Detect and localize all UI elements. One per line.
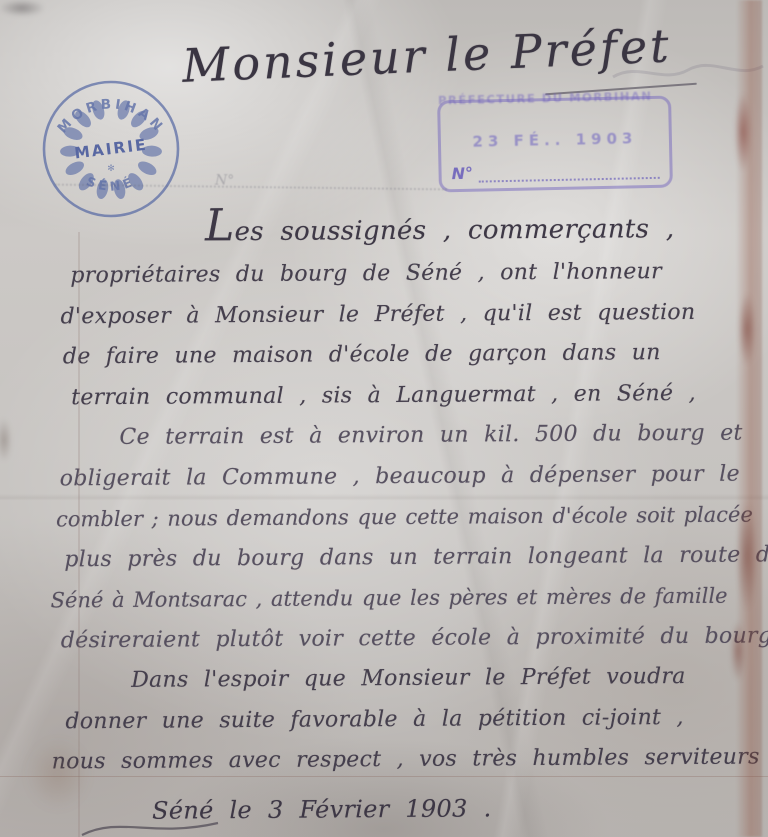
signature-flourish <box>78 816 228 837</box>
letter-line: d'exposer à Monsieur le Préfet , qu'il e… <box>60 292 746 337</box>
letter-line: Les soussignés , commerçants , <box>205 198 746 256</box>
prefecture-rect-stamp: PRÉFECTURE DU MORBIHAN 23 FÉ.. 1903 N° <box>437 96 673 193</box>
stamp-mairie-text: MAIRIE <box>73 136 148 163</box>
binding-edge <box>736 0 762 837</box>
letter-line: de faire une maison d'école de garçon da… <box>63 333 747 378</box>
letter-line: terrain communal , sis à Languermat , en… <box>71 373 747 418</box>
prefecture-stamp-header: PRÉFECTURE DU MORBIHAN <box>438 88 688 107</box>
stain-smudge <box>0 418 12 462</box>
letter-line: désireraient plutôt voir cette école à p… <box>61 616 749 661</box>
letter-dateline: Séné le 3 Février 1903 . <box>152 786 750 832</box>
letter-line: plus près du bourg dans un terrain longe… <box>64 535 748 580</box>
corner-smudge <box>0 0 44 16</box>
letter-line: obligerait la Commune , beaucoup à dépen… <box>60 454 748 499</box>
margin-rule <box>78 232 80 837</box>
letter-line: Ce terrain est à environ un kil. 500 du … <box>119 414 747 459</box>
prefecture-stamp-number-label: N° <box>451 164 473 183</box>
letter-body: Les soussignés , commerçants , propriéta… <box>40 198 750 833</box>
pencil-number-label: N° <box>215 173 234 189</box>
letter-line: propriétaires du bourg de Séné , ont l'h… <box>70 252 746 297</box>
prefecture-stamp-dotted-line <box>479 163 660 183</box>
letter-line: donner une suite favorable à la pétition… <box>65 697 749 742</box>
faint-horizontal-rule <box>0 776 768 777</box>
prefecture-stamp-number-row: N° <box>451 160 659 183</box>
letter-line: Séné à Montsarac , attendu que les pères… <box>50 576 748 621</box>
letter-line: combler ; nous demandons que cette maiso… <box>56 495 748 540</box>
prefecture-stamp-date: 23 FÉ.. 1903 <box>441 129 669 152</box>
letter-line: Dans l'espoir que Monsieur le Préfet vou… <box>131 657 749 702</box>
